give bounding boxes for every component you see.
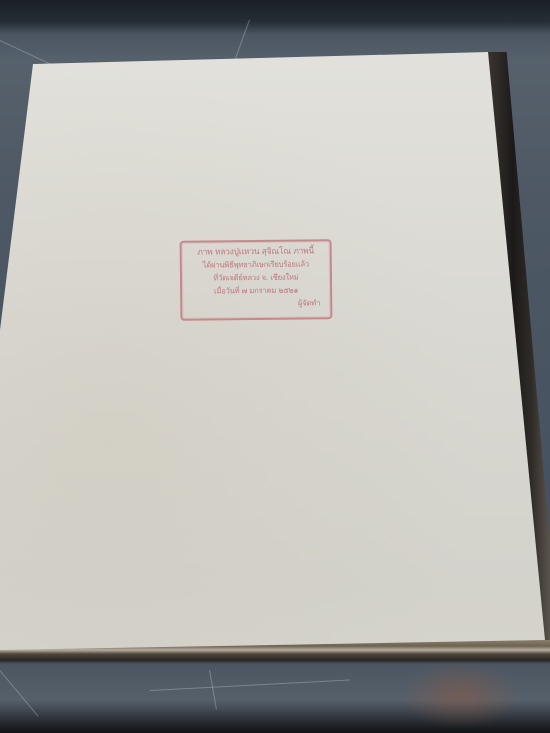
marble-rust-stain xyxy=(400,660,520,730)
stamp-signature-line: ผู้จัดทำ xyxy=(186,296,326,310)
card-back-tint xyxy=(0,0,550,733)
red-ink-stamp: ภาพ หลวงปู่แหวน สุจิณโณ ภาพนี้ ได้ผ่านพิ… xyxy=(180,239,333,321)
marble-vein xyxy=(209,670,217,710)
marble-vein xyxy=(150,680,350,691)
marble-vein xyxy=(0,670,39,717)
stamp-line-2: ได้ผ่านพิธีพุทธาภิเษกเรียบร้อยแล้ว xyxy=(186,257,326,271)
